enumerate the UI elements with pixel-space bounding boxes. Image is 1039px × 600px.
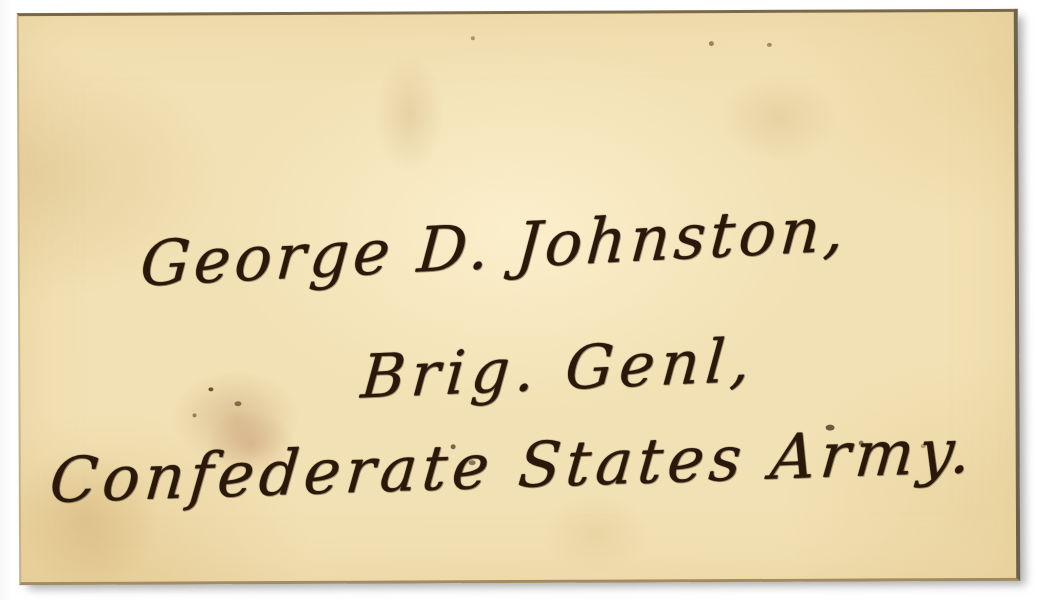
- handwritten-name-line: George D. Johnston,: [138, 192, 850, 301]
- ink-speck: [767, 43, 772, 47]
- calling-card: George D. Johnston, Brig. Genl, Confeder…: [17, 9, 1020, 585]
- ink-speck: [208, 387, 213, 391]
- ink-speck: [709, 41, 714, 46]
- handwritten-organization-line: Confederate States Army.: [47, 414, 979, 517]
- scan-background: George D. Johnston, Brig. Genl, Confeder…: [0, 0, 1039, 600]
- handwritten-rank-line: Brig. Genl,: [359, 326, 759, 413]
- ink-speck: [471, 36, 475, 40]
- ink-speck: [193, 413, 197, 417]
- ink-speck: [234, 401, 241, 406]
- stain-mark: [719, 73, 839, 164]
- stain-mark: [374, 54, 445, 174]
- stain-mark: [541, 493, 651, 573]
